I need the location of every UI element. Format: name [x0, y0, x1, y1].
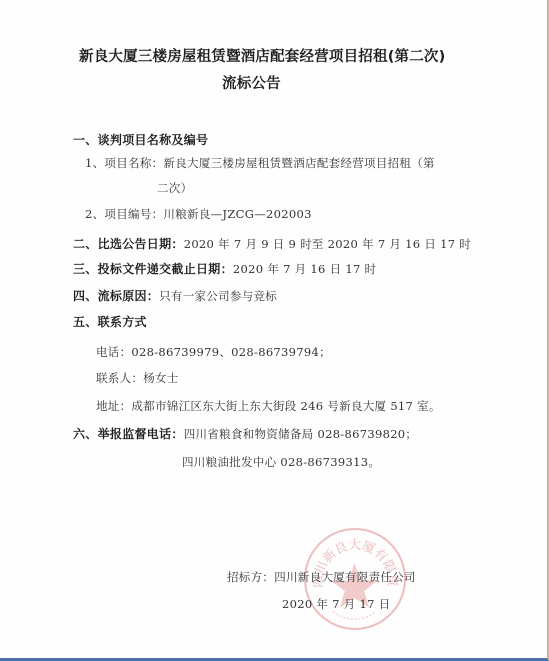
document-title: 新良大厦三楼房屋租赁暨酒店配套经营项目招租(第二次): [79, 49, 445, 65]
contact-person: 联系人：杨女士: [96, 371, 179, 385]
contact-address: 地址：成都市锦江区东大街上东大街段 246 号新良大厦 517 室。: [96, 399, 441, 413]
project-number-value: 川粮新良—JZCG—202003: [163, 207, 311, 221]
project-name-value-continued: 二次）: [157, 181, 192, 195]
section-6-row: 六、举报监督电话：四川省粮食和物资储备局 028-86739820；: [73, 427, 417, 441]
report-phone-1: 四川省粮食和物资储备局 028-86739820；: [184, 427, 418, 441]
contact-phone: 电话：028-86739979、028-86739794；: [96, 345, 331, 359]
section-2-row: 二、比选公告日期：2020 年 7 月 9 日 9 时至 2020 年 7 月 …: [73, 237, 471, 251]
section-4-row: 四、流标原因：只有一家公司参与竞标: [73, 289, 277, 303]
project-number-label: 2、项目编号：: [85, 207, 163, 221]
issue-date: 2020 年 7 月 17 日: [282, 597, 391, 611]
section-3-row: 三、投标文件递交截止日期：2020 年 7 月 16 日 17 时: [73, 262, 376, 276]
section-6-heading: 六、举报监督电话：: [73, 427, 184, 441]
section-2-heading: 二、比选公告日期：: [73, 237, 184, 251]
section-4-heading: 四、流标原因：: [73, 289, 159, 303]
project-name-row: 1、项目名称：新良大厦三楼房屋租赁暨酒店配套经营项目招租（第: [85, 156, 435, 170]
section-1-heading: 一、谈判项目名称及编号: [73, 133, 208, 147]
project-name-label: 1、项目名称：: [85, 156, 163, 170]
document-page: 新良大厦三楼房屋租赁暨酒店配套经营项目招租(第二次) 流标公告 一、谈判项目名称…: [0, 0, 549, 661]
report-phone-2: 四川粮油批发中心 028-86739313。: [182, 455, 380, 469]
section-5-heading: 五、联系方式: [73, 315, 147, 329]
section-3-heading: 三、投标文件递交截止日期：: [73, 262, 233, 276]
project-name-value: 新良大厦三楼房屋租赁暨酒店配套经营项目招租（第: [163, 156, 434, 170]
document-subtitle: 流标公告: [222, 76, 281, 92]
project-number-row: 2、项目编号：川粮新良—JZCG—202003: [85, 207, 312, 221]
announcement-date-value: 2020 年 7 月 9 日 9 时至 2020 年 7 月 16 日 17 时: [184, 237, 471, 251]
failure-reason-value: 只有一家公司参与竞标: [159, 289, 277, 303]
submission-deadline-value: 2020 年 7 月 16 日 17 时: [233, 262, 376, 276]
issuer-signature: 招标方：四川新良大厦有限责任公司: [227, 570, 416, 584]
